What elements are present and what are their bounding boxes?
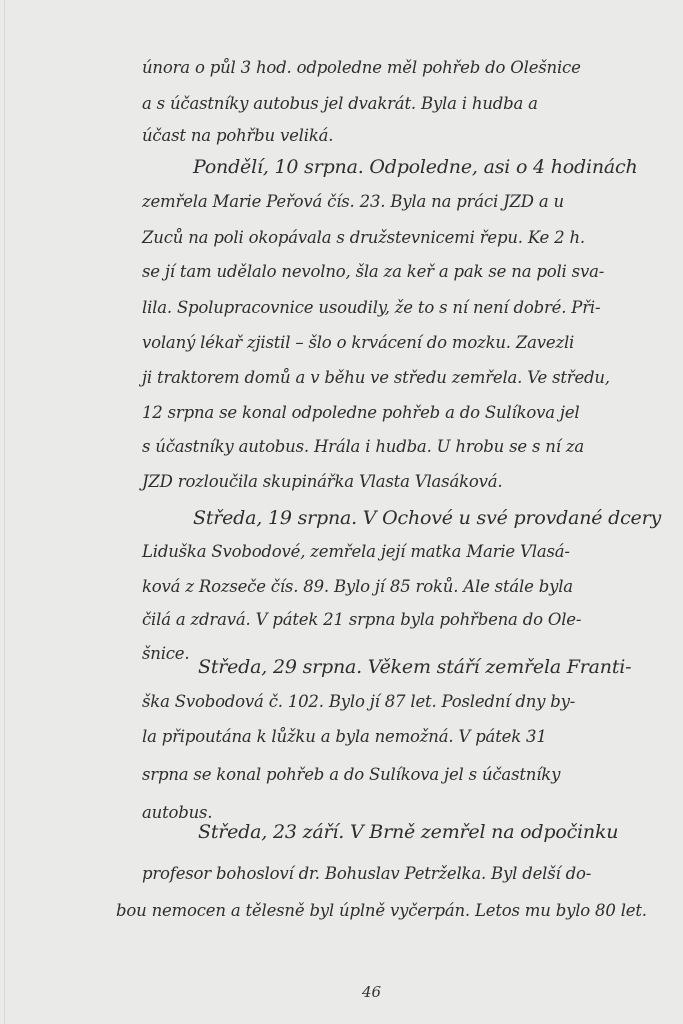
text-line: profesor bohosloví dr. Bohuslav Petrželk… xyxy=(142,864,591,883)
text-line: lila. Spolupracovnice usoudily, že to s … xyxy=(142,298,600,317)
entry-heading-line: Středa, 23 září. V Brně zemřel na odpoči… xyxy=(198,821,618,843)
text-line: s účastníky autobus. Hrála i hudba. U hr… xyxy=(142,437,584,456)
text-line: la připoutána k lůžku a byla nemožná. V … xyxy=(142,727,547,746)
text-line: autobus. xyxy=(142,803,212,822)
text-line: února o půl 3 hod. odpoledne měl pohřeb … xyxy=(142,58,581,77)
entry-heading-line: Středa, 29 srpna. Věkem stáří zemřela Fr… xyxy=(198,656,631,678)
text-line: Liduška Svobodové, zemřela její matka Ma… xyxy=(142,542,570,561)
entry-heading-line: Pondělí, 10 srpna. Odpoledne, asi o 4 ho… xyxy=(193,156,638,178)
text-line: volaný lékař zjistil – šlo o krvácení do… xyxy=(142,333,574,352)
text-line: se jí tam udělalo nevolno, šla za keř a … xyxy=(142,262,604,281)
text-line: šnice. xyxy=(142,644,189,663)
text-line: 12 srpna se konal odpoledne pohřeb a do … xyxy=(142,403,579,422)
text-line: čilá a zdravá. V pátek 21 srpna byla poh… xyxy=(142,610,581,629)
text-line: ková z Rozseče čís. 89. Bylo jí 85 roků.… xyxy=(142,577,573,596)
text-line: ji traktorem domů a v běhu ve středu zem… xyxy=(142,368,610,387)
text-line: ška Svobodová č. 102. Bylo jí 87 let. Po… xyxy=(142,692,575,711)
entry-heading-line: Středa, 19 srpna. V Ochové u své provdan… xyxy=(193,507,661,529)
text-line: Zuců na poli okopávala s družstevnicemi … xyxy=(142,228,585,247)
page-edge-shadow xyxy=(4,0,5,1024)
text-line: a s účastníky autobus jel dvakrát. Byla … xyxy=(142,94,538,113)
text-line: účast na pohřbu veliká. xyxy=(142,126,333,145)
text-line: JZD rozloučila skupinářka Vlasta Vlasáko… xyxy=(142,472,502,491)
text-line: bou nemocen a tělesně byl úplně vyčerpán… xyxy=(116,901,647,920)
page-number: 46 xyxy=(362,983,381,1001)
text-line: zemřela Marie Peřová čís. 23. Byla na pr… xyxy=(142,192,564,211)
text-line: srpna se konal pohřeb a do Sulíkova jel … xyxy=(142,765,560,784)
chronicle-page: února o půl 3 hod. odpoledne měl pohřeb … xyxy=(0,0,683,1024)
